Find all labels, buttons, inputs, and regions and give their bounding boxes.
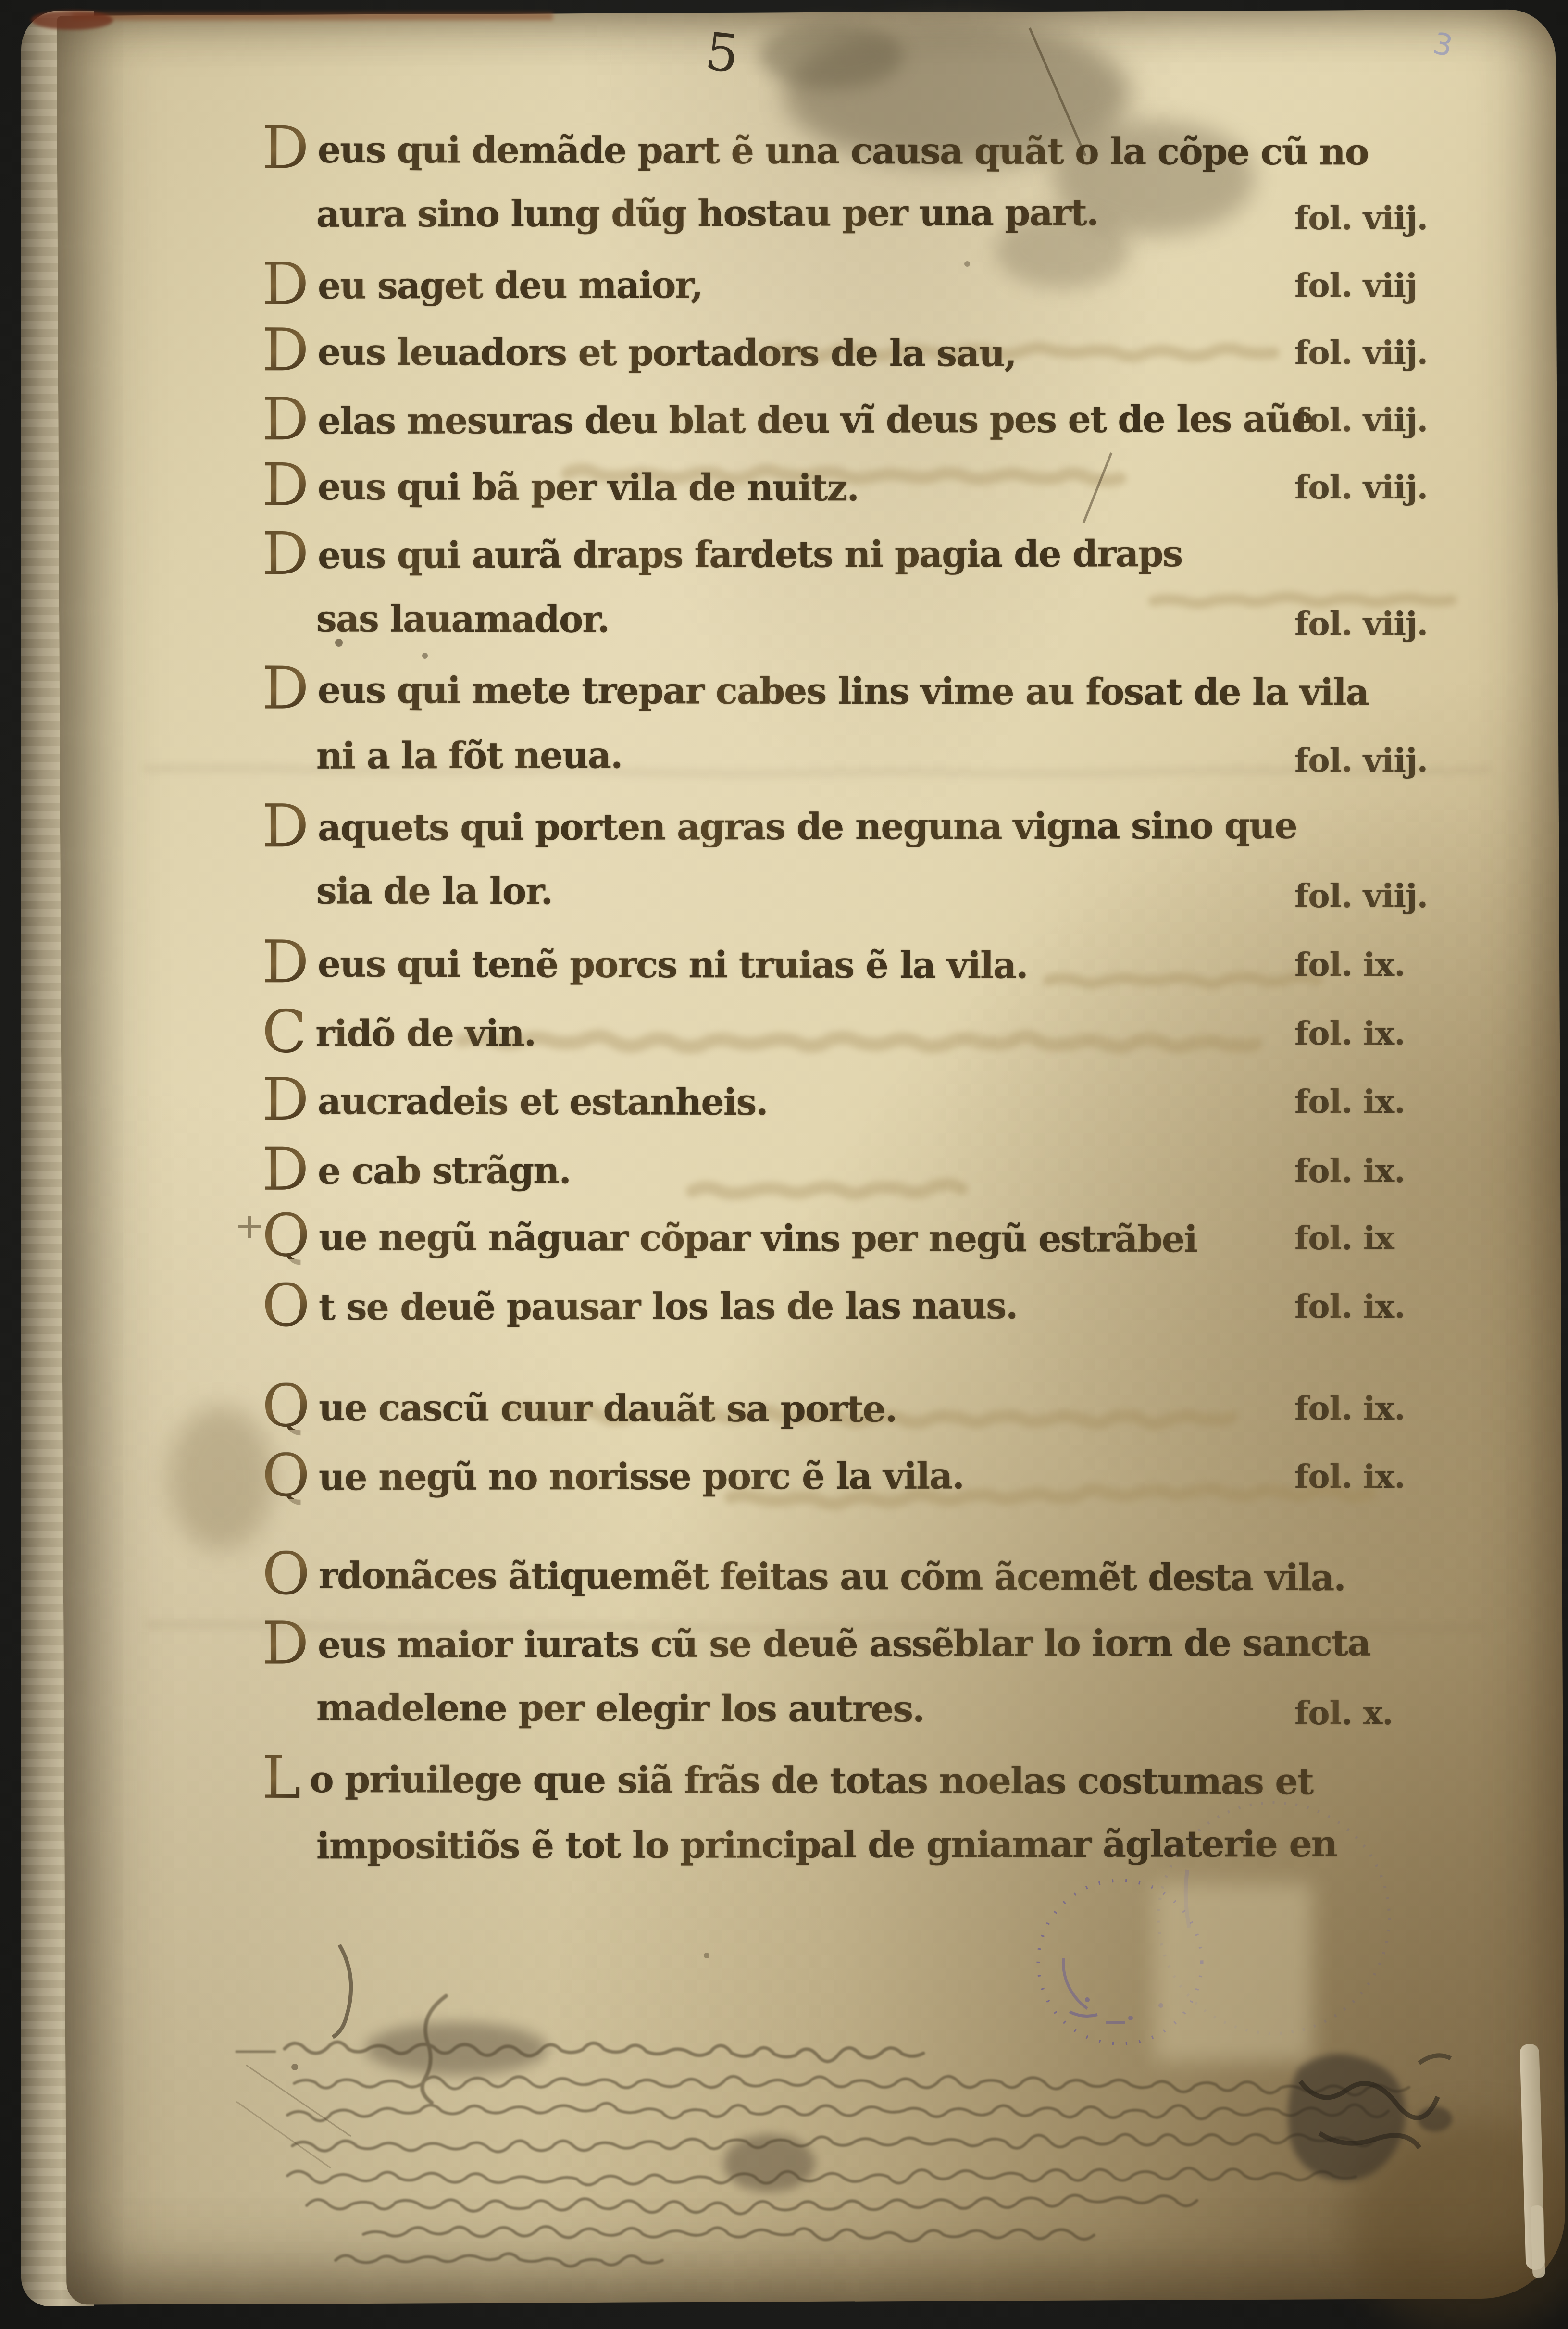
- manuscript-photo: 5 3 Deus qui demãde part ẽ una causa quã…: [0, 0, 1568, 2329]
- folio-ref: fol. ix.: [1294, 1083, 1405, 1121]
- toc-initial: L: [262, 1755, 300, 1802]
- toc-initial: Q: [262, 1452, 309, 1499]
- toc-line: Lo priuilege que siã frãs de totas noela…: [262, 1755, 1313, 1804]
- toc-text: eus qui demãde part ẽ una causa quãt o l…: [318, 128, 1369, 174]
- folio-ref: fol. viij: [1294, 266, 1417, 305]
- toc-initial: D: [262, 803, 308, 850]
- folio-ref: fol. ix.: [1294, 1152, 1405, 1190]
- toc-line: Deus qui demãde part ẽ una causa quãt o …: [262, 125, 1369, 174]
- toc-continuation: impositiõs ẽ tot lo principal de gniamar…: [316, 1824, 1337, 1866]
- folio-ref: fol. viij.: [1294, 605, 1428, 643]
- toc-initial: O: [262, 1551, 309, 1598]
- toc-initial: D: [262, 327, 308, 374]
- toc-line: Deus maior iurats cũ se deuẽ assẽblar lo…: [262, 1618, 1370, 1667]
- toc-line: Deus leuadors et portadors de la sau,: [262, 327, 1016, 375]
- toc-line: Deus qui bã per vila de nuitz.: [262, 462, 859, 510]
- folio-ref: fol. ix.: [1294, 946, 1405, 984]
- folio-ref: fol. x.: [1294, 1694, 1393, 1732]
- toc-continuation: sia de la lor.: [316, 871, 552, 911]
- toc-initial: O: [262, 1282, 309, 1329]
- toc-continuation: aura sino lung dũg hostau per una part.: [316, 192, 1098, 234]
- toc-initial: D: [262, 531, 308, 578]
- toc-line: Delas mesuras deu blat deu vĩ deus pes e…: [262, 394, 1314, 443]
- folio-ref: fol. viij.: [1294, 199, 1428, 237]
- toc-line: Deu saget deu maior,: [262, 260, 703, 308]
- toc-initial: Q: [262, 1212, 309, 1259]
- folio-ref: fol. ix.: [1294, 1389, 1405, 1428]
- toc-line: Deus qui aurã draps fardets ni pagia de …: [262, 529, 1182, 578]
- toc-line: Daucradeis et estanheis.: [262, 1076, 768, 1124]
- fore-edge-sliver: [1530, 2205, 1545, 2278]
- folio-ref: fol. viij.: [1294, 401, 1428, 439]
- toc-initial: D: [262, 396, 308, 443]
- toc-line: Que negũ nãguar cõpar vins per negũ estr…: [262, 1212, 1197, 1261]
- toc-line: Ordonãces ãtiquemẽt feitas au cõm ãcemẽt…: [262, 1551, 1345, 1600]
- toc-initial: C: [262, 1009, 306, 1056]
- toc-initial: D: [262, 261, 308, 308]
- folio-ref: fol. ix.: [1294, 1287, 1405, 1326]
- toc-line: Daquets qui porten agras de neguna vigna…: [262, 801, 1297, 850]
- toc-line: Que cascũ cuur dauãt sa porte.: [262, 1383, 897, 1431]
- toc-initial: D: [262, 1146, 308, 1193]
- toc-line: Deus qui tenẽ porcs ni truias ẽ la vila.: [262, 939, 1028, 987]
- toc-initial: D: [262, 1620, 308, 1667]
- toc-initial: D: [262, 1076, 308, 1123]
- toc-line: De cab strãgn.: [262, 1146, 571, 1193]
- folio-ref: fol. viij.: [1294, 468, 1428, 507]
- toc-continuation: madelene per elegir los autres.: [316, 1688, 924, 1729]
- toc-line: Ot se deuẽ pausar los las de las naus.: [262, 1281, 1018, 1329]
- toc-initial: D: [262, 462, 308, 509]
- toc-initial: Q: [262, 1383, 309, 1430]
- folio-ref: fol. viij.: [1294, 334, 1428, 372]
- folio-ref: fol. viij.: [1294, 741, 1428, 780]
- folio-ref: fol. ix.: [1294, 1014, 1405, 1053]
- toc-continuation: ni a la fõt neua.: [316, 735, 622, 776]
- toc-continuation: sas lauamador.: [316, 598, 609, 639]
- toc-initial: D: [262, 939, 308, 986]
- toc-initial: D: [262, 665, 308, 712]
- toc-line: Deus qui mete trepar cabes lins vime au …: [262, 665, 1369, 714]
- toc-initial: D: [262, 125, 308, 172]
- toc-line: Cridõ de vin.: [262, 1008, 535, 1056]
- folio-ref: fol. ix: [1294, 1219, 1394, 1258]
- toc-line: Que negũ no norisse porc ẽ la vila.: [262, 1451, 964, 1499]
- folio-ref: fol. viij.: [1294, 877, 1428, 915]
- folio-ref: fol. ix.: [1294, 1457, 1405, 1496]
